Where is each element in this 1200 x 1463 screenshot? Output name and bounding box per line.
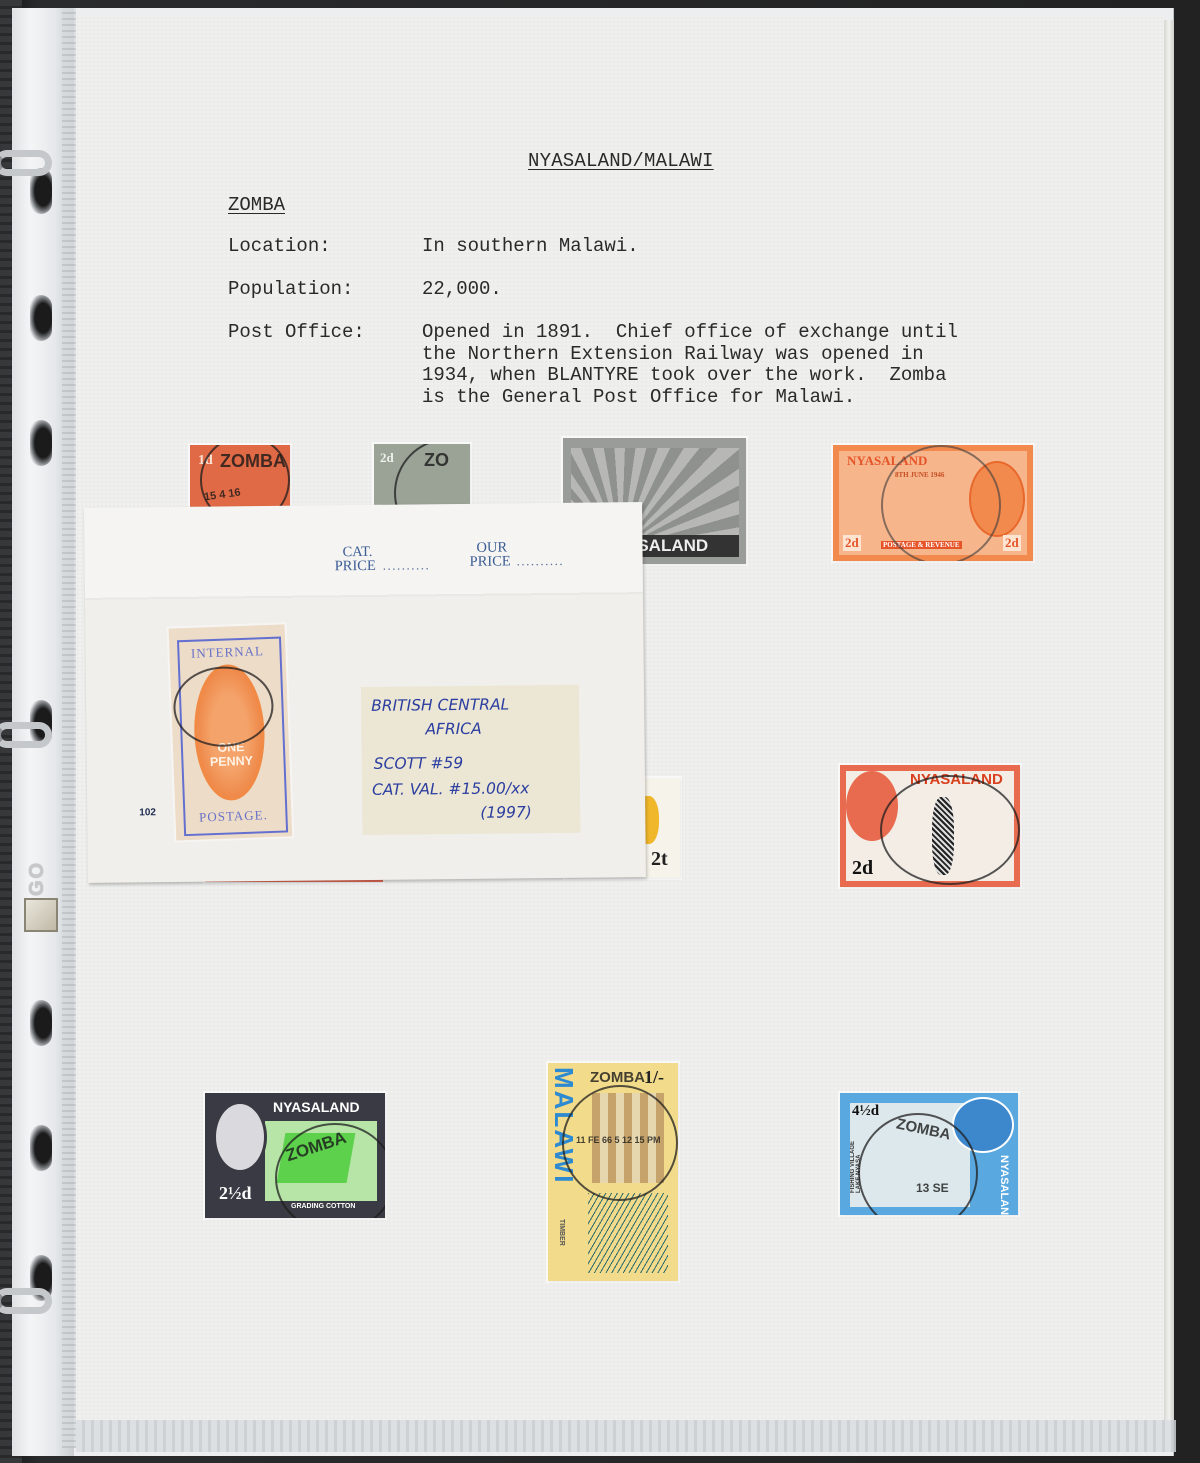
stamp-artwork (592, 1093, 664, 1183)
postmark-date: 15 4 16 (203, 487, 241, 504)
postmark-text: ZOMBA (590, 1069, 645, 1086)
sales-card[interactable]: CAT. PRICE .......... OUR PRICE ........… (84, 502, 646, 883)
stamp-country: NYASALAND (998, 1155, 1010, 1215)
stamp-fishing-village[interactable]: 4½d NYASALAND FISHING VILLAGE LAKE NYASA… (840, 1093, 1018, 1215)
stamp-value: 4½d (852, 1103, 879, 1120)
stamp-caption: FISHING VILLAGE LAKE NYASA (850, 1133, 860, 1193)
note-line: AFRICA (425, 718, 482, 741)
binder-ring[interactable] (0, 1288, 52, 1314)
cat-price-field[interactable]: .......... (383, 557, 431, 573)
info-value: 22,000. (422, 279, 1042, 301)
stamp-value: 2½d (219, 1183, 252, 1204)
stamp-value: 1d (198, 453, 213, 469)
cotton-artwork (277, 1133, 356, 1183)
note-line: BRITISH CENTRAL (371, 693, 509, 716)
stamp-victory-1946[interactable]: NYASALAND 8TH JUNE 1946 2d POSTAGE & REV… (833, 445, 1033, 561)
stamp-value-right: 2d (1003, 535, 1021, 551)
stamp-internal-postage[interactable]: INTERNAL ONE PENNY POSTAGE. (169, 624, 293, 840)
note-line: SCOTT #59 (374, 752, 464, 775)
handwritten-note: BRITISH CENTRAL AFRICA SCOTT #59 CAT. VA… (361, 685, 581, 835)
note-line: CAT. VAL. #15.00/xx (372, 777, 530, 801)
stamp-caption: GRADING COTTON (291, 1203, 355, 1210)
our-price-field[interactable]: .......... (517, 553, 565, 569)
stamp-map[interactable]: NYASALAND 2d (840, 765, 1020, 887)
punch-hole (30, 420, 52, 466)
item-number: 102 (139, 807, 156, 818)
info-label: Population: (228, 279, 353, 301)
stamp-inscription: 8TH JUNE 1946 (895, 471, 944, 479)
queen-portrait (952, 1097, 1014, 1153)
info-value: Opened in 1891. Chief office of exchange… (422, 322, 1042, 408)
binder-logo-icon (24, 898, 58, 932)
king-portrait (846, 771, 898, 841)
punch-hole (30, 295, 52, 341)
stamp-timber[interactable]: MALAWI 1/- TIMBER ZOMBA 11 FE 66 5 12 15… (548, 1063, 678, 1281)
stamp-caption: TIMBER (558, 1219, 565, 1246)
binder-ring[interactable] (0, 150, 52, 176)
postmark-text: ZOMBA (220, 451, 286, 472)
info-value: In southern Malawi. (422, 236, 1042, 258)
stamp-country: NYASALAND (847, 453, 927, 469)
sleeve-seam (62, 8, 76, 1448)
lake-map (932, 797, 954, 875)
stamp-value: 1/- (644, 1067, 664, 1088)
page-stack-edge (1164, 20, 1174, 1420)
note-line: (1997) (480, 801, 532, 824)
postmark-text: ZO (424, 450, 449, 471)
queen-portrait (213, 1101, 267, 1173)
king-portrait (969, 461, 1025, 537)
pine-branch (588, 1193, 668, 1273)
stamp-country: MALAWI (548, 1067, 579, 1184)
stamp-value: 2d (843, 535, 861, 551)
binder-ring[interactable] (0, 722, 52, 748)
our-price-label-line2: PRICE (470, 554, 511, 569)
stamp-country: NYASALAND (910, 771, 1003, 788)
town-heading: ZOMBA (228, 194, 285, 216)
stamp-value: 2d (380, 450, 394, 466)
stamp-value: 2d (852, 857, 873, 880)
punch-hole (30, 1125, 52, 1171)
punch-hole (30, 1000, 52, 1046)
cat-price-label-line2: PRICE (335, 559, 376, 574)
info-label: Post Office: (228, 322, 365, 344)
sleeve-bottom-seam (76, 1420, 1176, 1452)
info-label: Location: (228, 236, 331, 258)
stamp-country: NYASALAND (273, 1099, 360, 1115)
stamp-footer: POSTAGE & REVENUE (881, 541, 962, 549)
stamp-grading-cotton[interactable]: NYASALAND 2½d GRADING COTTON ZOMBA (205, 1093, 385, 1218)
country-heading: NYASALAND/MALAWI (528, 150, 714, 172)
stamp-value: 2t (651, 848, 668, 871)
